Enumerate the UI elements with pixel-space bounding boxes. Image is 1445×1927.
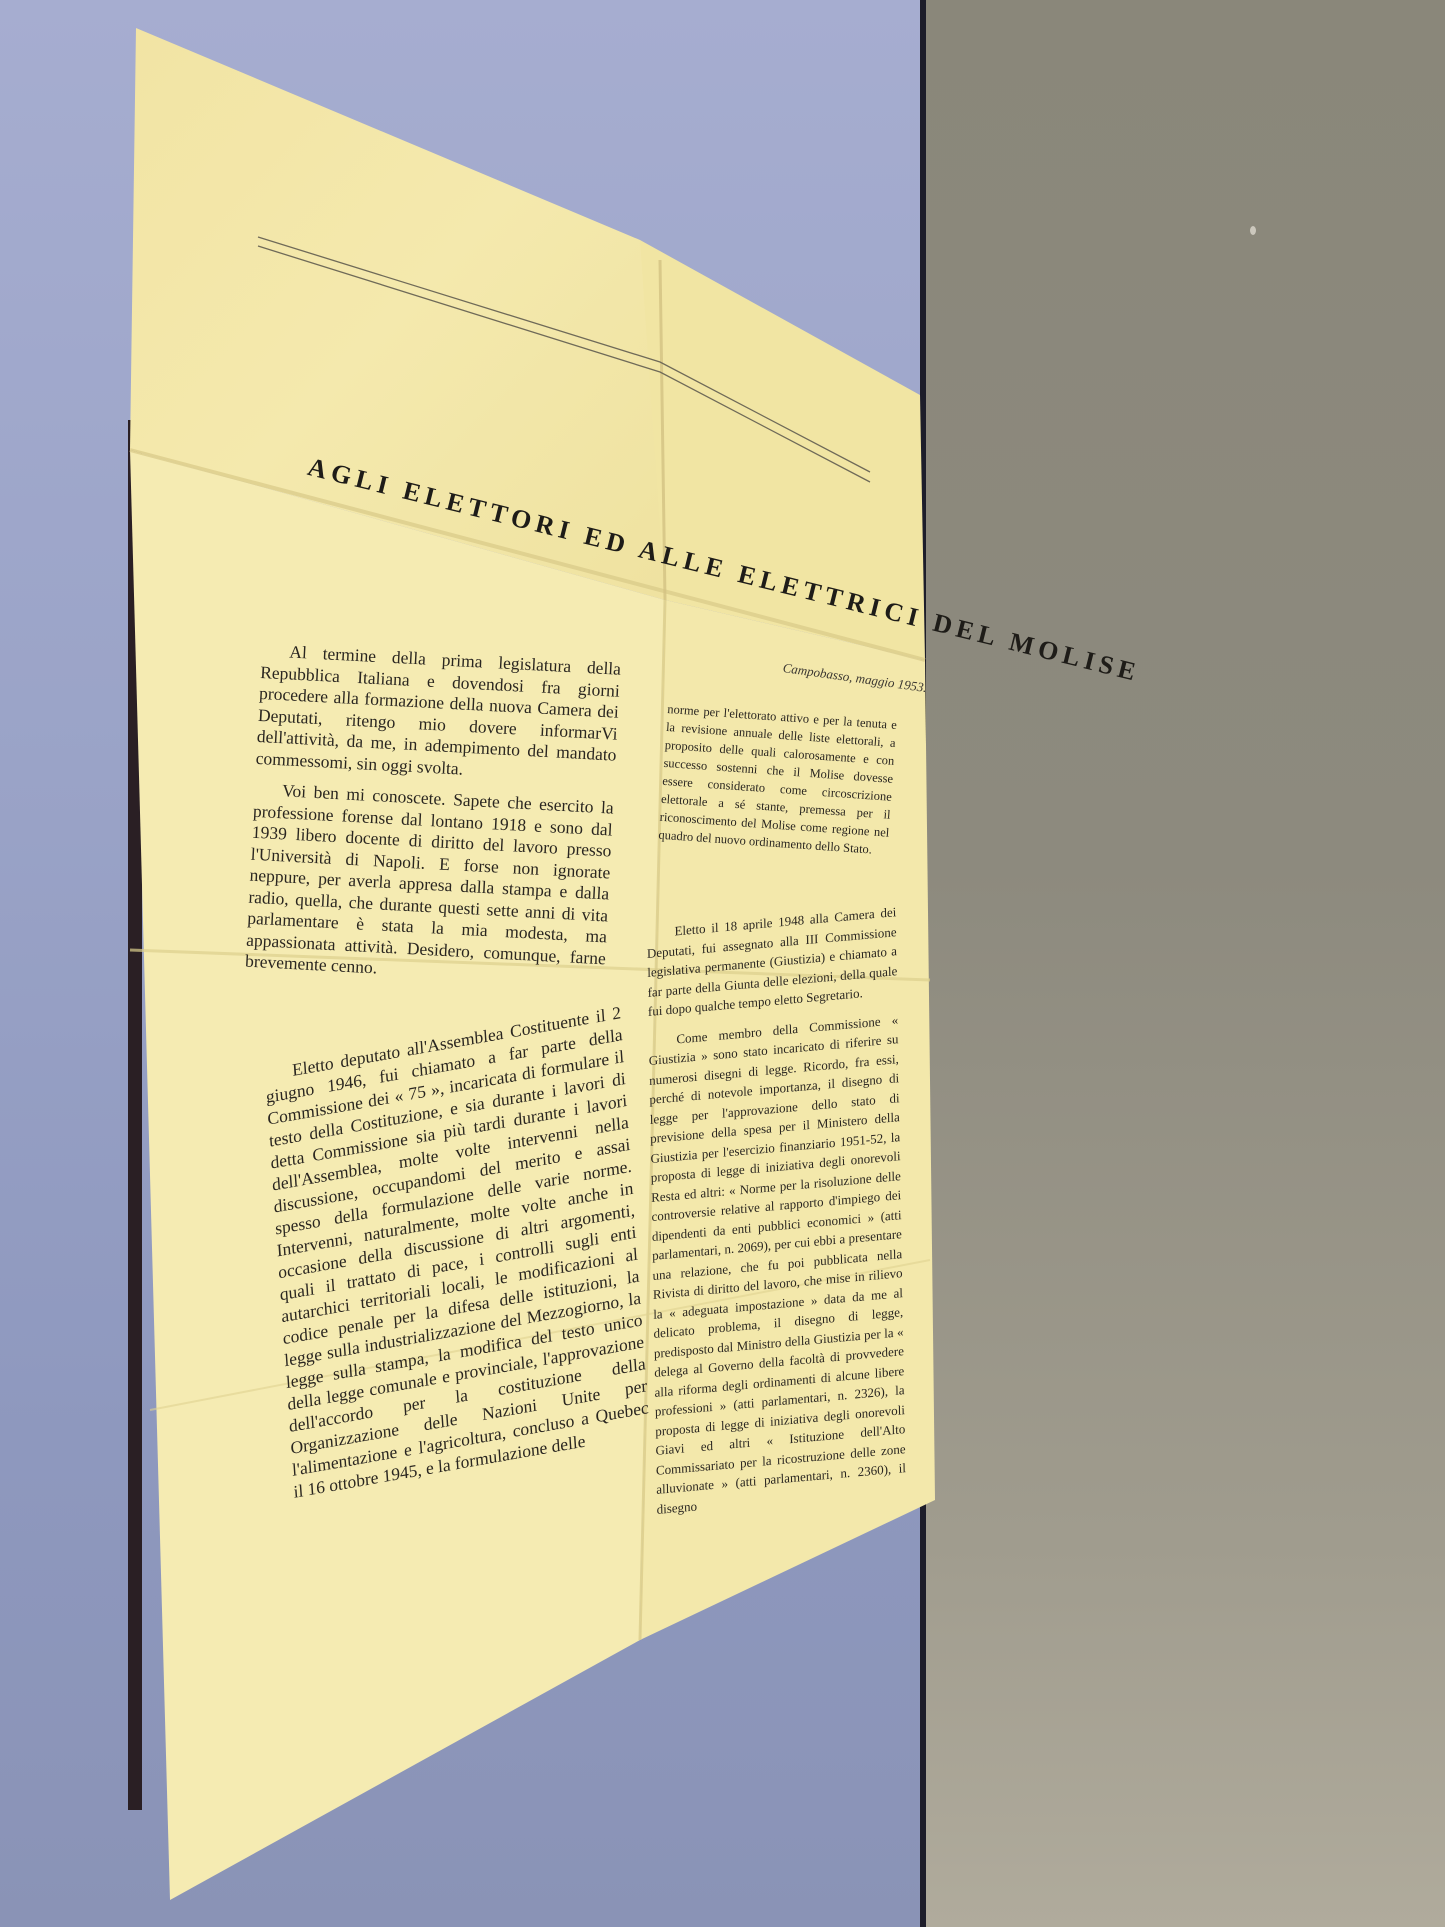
- leaflet-paper: AGLI ELETTORI ED ALLE ELETTRICI DEL MOLI…: [0, 0, 1445, 1927]
- paper-shape: [0, 0, 1445, 1927]
